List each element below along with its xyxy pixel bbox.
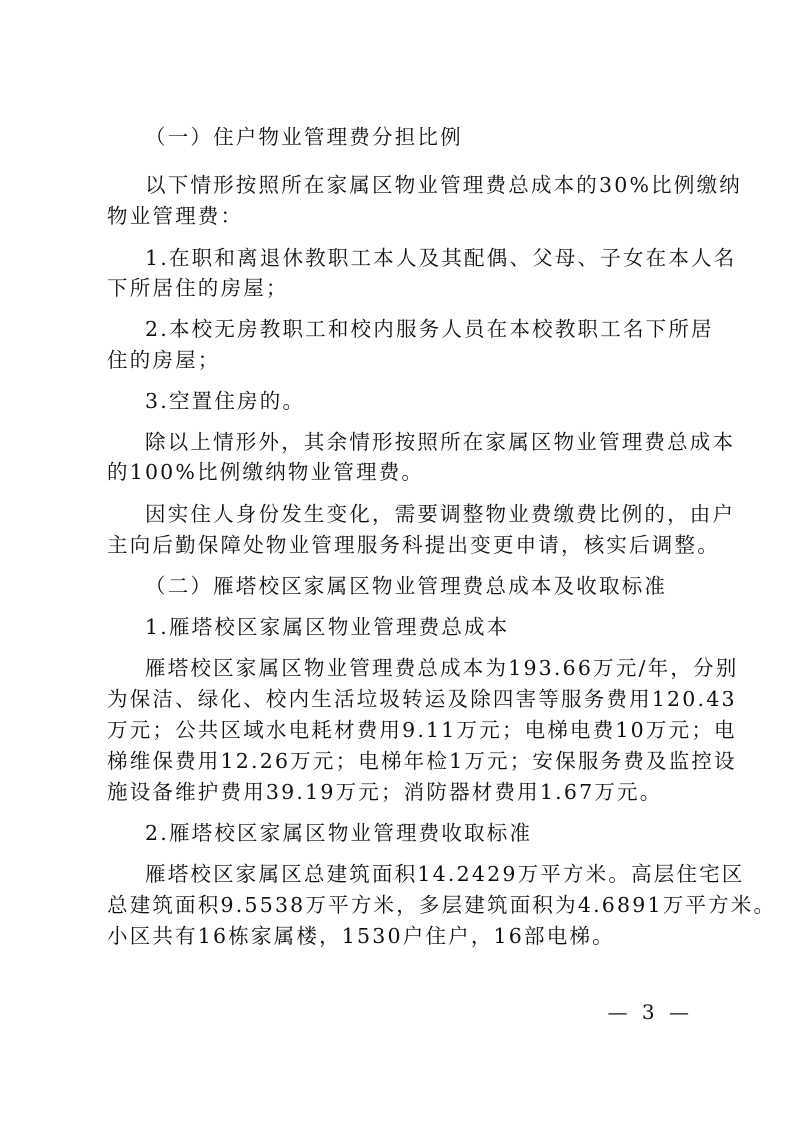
paragraph-line: 万元；公共区域水电耗材费用9.11万元；电梯电费10万元；电 [107,715,697,745]
subheading-1: 1.雁塔校区家属区物业管理费总成本 [145,612,735,642]
paragraph-line: 以下情形按照所在家属区物业管理费总成本的30%比例缴纳 [145,170,735,200]
paragraph-line: 物业管理费： [107,201,697,231]
paragraph-line: 雁塔校区家属区物业管理费总成本为193.66万元/年，分别 [145,653,735,683]
paragraph-line: 总建筑面积9.5538万平方米，多层建筑面积为4.6891万平方米。 [107,890,697,920]
document-page: （一）住户物业管理费分担比例 以下情形按照所在家属区物业管理费总成本的30%比例… [0,0,793,1122]
paragraph-line: 的100%比例缴纳物业管理费。 [107,457,697,487]
paragraph-line: 小区共有16栋家属楼，1530户住户，16部电梯。 [107,921,697,951]
page-number: — 3 — [608,1000,693,1024]
list-item-1: 1.在职和离退休教职工本人及其配偶、父母、子女在本人名 [145,243,735,273]
paragraph-line: 主向后勤保障处物业管理服务科提出变更申请，核实后调整。 [107,530,697,560]
section-heading-1: （一）住户物业管理费分担比例 [145,122,735,152]
list-item-2: 2.本校无房教职工和校内服务人员在本校教职工名下所居 [145,314,735,344]
paragraph-line: 雁塔校区家属区总建筑面积14.2429万平方米。高层住宅区 [145,859,735,889]
paragraph-line: 梯维保费用12.26万元；电梯年检1万元；安保服务费及监控设 [107,746,697,776]
paragraph-line: 施设备维护费用39.19万元；消防器材费用1.67万元。 [107,777,697,807]
paragraph-line: 住的房屋； [107,345,697,375]
section-heading-2: （二）雁塔校区家属区物业管理费总成本及收取标准 [145,571,735,601]
paragraph-line: 除以上情形外，其余情形按照所在家属区物业管理费总成本 [145,427,735,457]
paragraph-line: 为保洁、绿化、校内生活垃圾转运及除四害等服务费用120.43 [107,684,697,714]
subheading-2: 2.雁塔校区家属区物业管理费收取标准 [145,818,735,848]
paragraph-line: 因实住人身份发生变化，需要调整物业费缴费比例的，由户 [145,499,735,529]
paragraph-line: 下所居住的房屋； [107,273,697,303]
list-item-3: 3.空置住房的。 [145,386,735,416]
